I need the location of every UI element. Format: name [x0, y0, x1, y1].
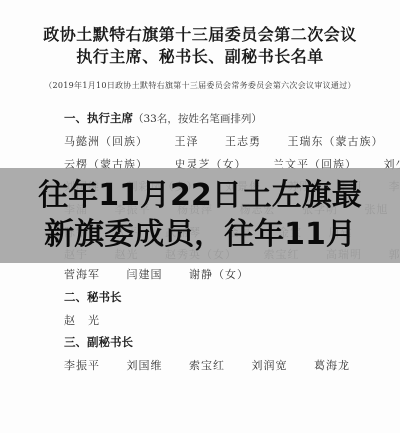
name-item: 赵 光	[64, 314, 100, 327]
document-title-line1: 政协土默特右旗第十三届委员会第二次会议	[0, 22, 400, 45]
name-row: 李振平 刘国维 索宝红 刘润宽 葛海龙	[64, 357, 372, 373]
name-item: 王瑞东（蒙古族）	[288, 135, 384, 148]
name-row: 马懿洲（回族） 王泽 王志勇 王瑞东（蒙古族）	[64, 133, 400, 149]
section-heading-note: （33名，按姓名笔画排列）	[133, 113, 262, 125]
section-heading-text: 三、副秘书长	[64, 335, 133, 349]
name-item: 王泽	[175, 135, 199, 148]
name-item: 菅海军	[64, 268, 100, 281]
name-row: 赵 光	[64, 312, 122, 328]
name-item: 马懿洲（回族）	[64, 135, 148, 148]
name-item: 谢静（女）	[189, 268, 249, 281]
name-item: 闫建国	[127, 268, 163, 281]
name-row: 菅海军 闫建国 谢静（女）	[64, 266, 271, 282]
name-item: 刘润宽	[252, 359, 288, 372]
name-item: 索宝红	[189, 359, 225, 372]
name-item: 李振平	[64, 359, 100, 372]
banner-title-line1: 往年11月22日土左旗最	[0, 176, 400, 216]
section-heading-deputy-secretaries: 三、副秘书长	[64, 334, 133, 350]
name-item: 刘国维	[127, 359, 163, 372]
name-item: 葛海龙	[314, 359, 350, 372]
document-image: 政协土默特右旗第十三届委员会第二次会议 执行主席、秘书长、副秘书长名单 （201…	[0, 0, 400, 433]
document-title-line2: 执行主席、秘书长、副秘书长名单	[0, 44, 400, 67]
document-subtitle: （2019年1月10日政协土默特右旗第十三届委员会常务委员会第六次会议审议通过）	[0, 80, 400, 91]
section-heading-executive-chairs: 一、执行主席（33名，按姓名笔画排列）	[64, 110, 262, 126]
banner-title-line2: 新旗委成员，往年11月	[0, 215, 400, 255]
name-item: 王志勇	[225, 135, 261, 148]
section-heading-secretary-general: 二、秘书长	[64, 289, 122, 305]
section-heading-text: 一、执行主席	[64, 111, 133, 125]
section-heading-text: 二、秘书长	[64, 290, 122, 304]
